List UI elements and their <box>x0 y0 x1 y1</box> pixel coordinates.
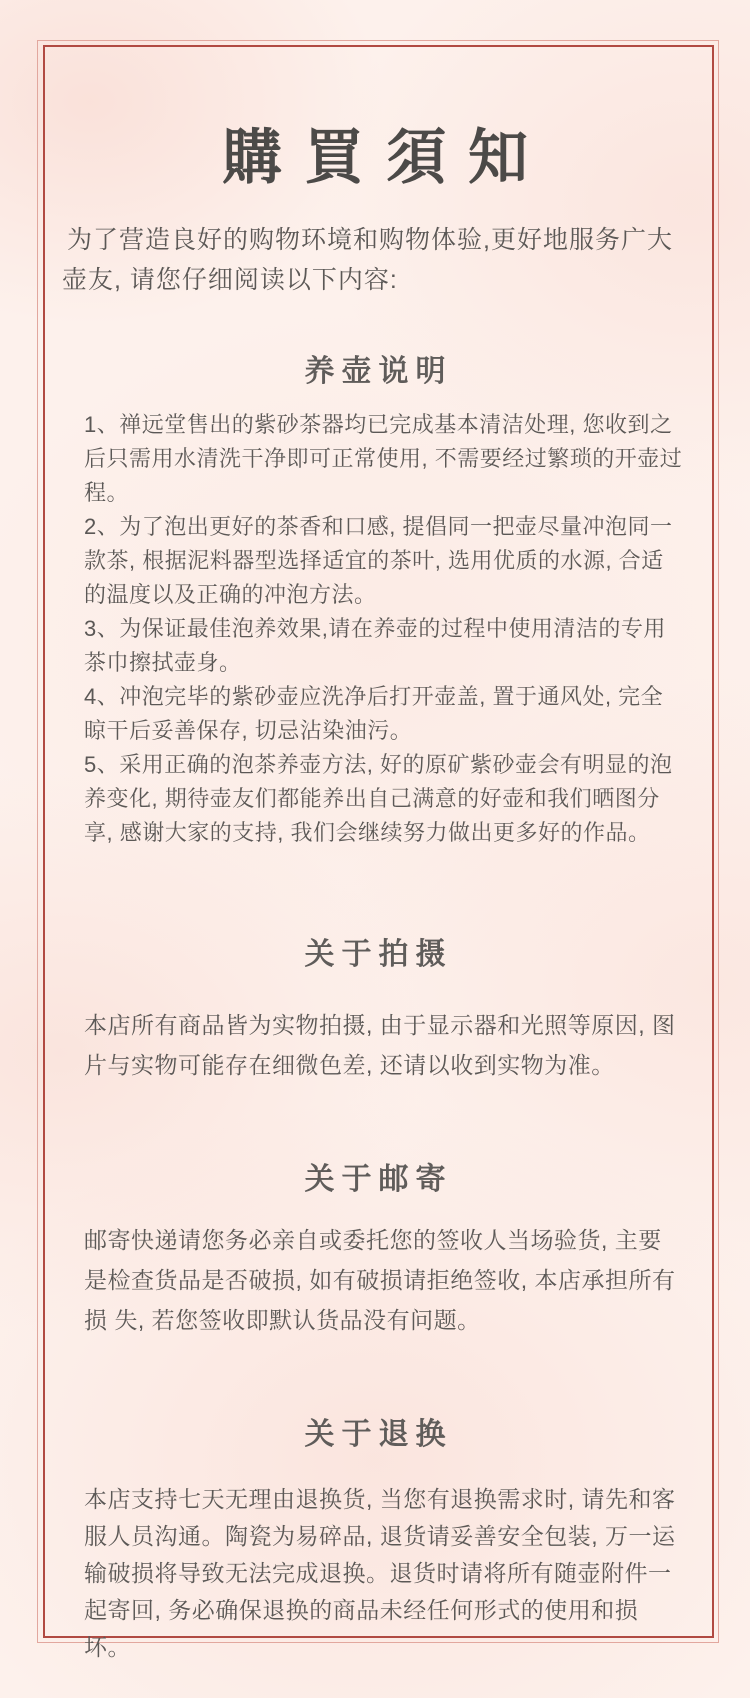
care-item-2: 2、为了泡出更好的茶香和口感, 提倡同一把壶尽量冲泡同一款茶, 根据泥料器型选择… <box>84 510 684 612</box>
care-item-5: 5、采用正确的泡茶养壶方法, 好的原矿紫砂壶会有明显的泡养变化, 期待壶友们都能… <box>84 748 684 850</box>
shipping-text: 邮寄快递请您务必亲自或委托您的签收人当场验货, 主要是检查货品是否破损, 如有破… <box>84 1220 684 1340</box>
section-heading-returns: 关于退换 <box>0 1419 750 1451</box>
returns-text: 本店支持七天无理由退换货, 当您有退换需求时, 请先和客服人员沟通。陶瓷为易碎品… <box>84 1481 684 1666</box>
intro-text: 为了营造良好的购物环境和购物体验,更好地服务广大壶友, 请您仔细阅读以下内容: <box>62 220 692 300</box>
section-heading-care: 养壶说明 <box>0 356 750 388</box>
care-item-1: 1、禅远堂售出的紫砂茶器均已完成基本清洁处理, 您收到之后只需用水清洗干净即可正… <box>84 408 684 510</box>
section-heading-shipping: 关于邮寄 <box>0 1164 750 1196</box>
care-item-4: 4、冲泡完毕的紫砂壶应洗净后打开壶盖, 置于通风处, 完全晾干后妥善保存, 切忌… <box>84 680 684 748</box>
photography-text: 本店所有商品皆为实物拍摄, 由于显示器和光照等原因, 图片与实物可能存在细微色差… <box>84 1005 684 1085</box>
care-item-3: 3、为保证最佳泡养效果,请在养壶的过程中使用清洁的专用茶巾擦拭壶身。 <box>84 612 684 680</box>
page-title: 購買須知 <box>0 122 750 194</box>
care-instruction-list: 1、禅远堂售出的紫砂茶器均已完成基本清洁处理, 您收到之后只需用水清洗干净即可正… <box>84 408 684 850</box>
section-heading-photography: 关于拍摄 <box>0 939 750 971</box>
purchase-notice-page: { "notice": { "title": "購買須知", "intro": … <box>0 0 750 1698</box>
